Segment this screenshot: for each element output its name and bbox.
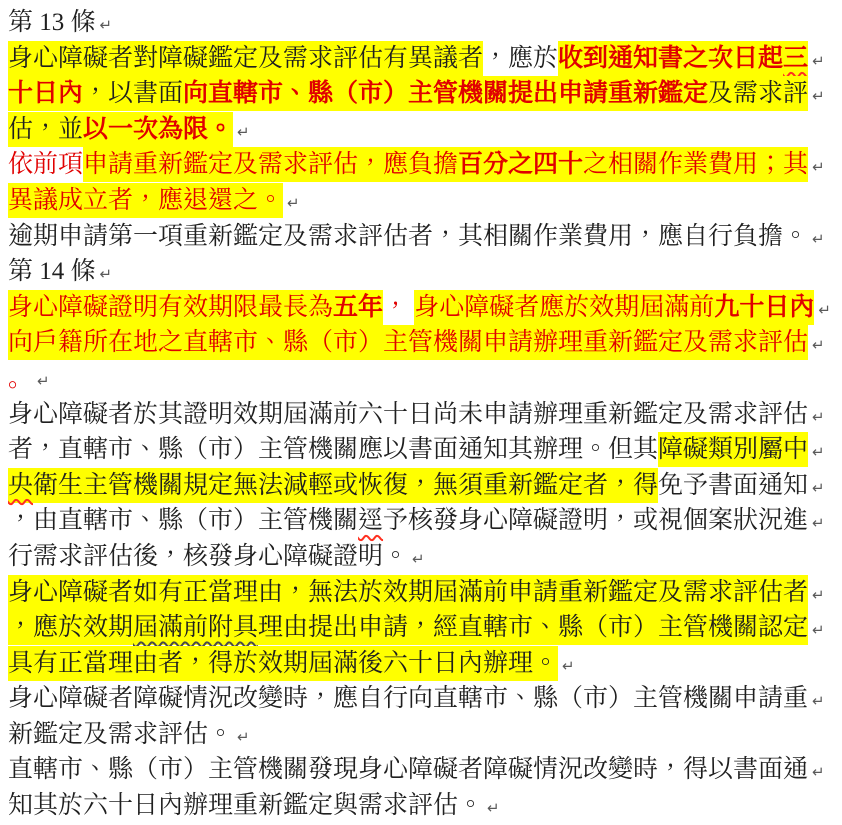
text-segment: 身心障礙者於其證明效期屆滿前六十日尚未申請辦理重新鑑定及需求評估	[8, 401, 808, 428]
text-line: 身心障礙者於其證明效期屆滿前六十日尚未申請辦理重新鑑定及需求評估↵	[8, 397, 836, 433]
text-segment: 之相關作業費用；其	[583, 147, 808, 182]
text-line: 具有正當理由者，得於效期屆滿後六十日內辦理。↵	[8, 646, 836, 682]
text-segment: ，由直轄市、縣（市）主管機關	[8, 507, 358, 534]
text-line: 十日內，以書面向直轄市、縣（市）主管機關提出申請重新鑑定及需求評↵	[8, 76, 836, 112]
text-segment: 理由提出申請，經直轄市、縣（市）主管機關認定	[258, 610, 808, 645]
text-segment: 五年	[333, 290, 383, 325]
text-segment: ，應於	[483, 45, 558, 72]
text-line: 異議成立者，應退還之。↵	[8, 183, 836, 219]
text-line: 依前項申請重新鑑定及需求評估，應負擔百分之四十之相關作業費用；其↵	[8, 147, 836, 183]
line-break-mark-icon: ↵	[233, 123, 250, 141]
text-segment: 直轄市、縣（市）主管機關發現身心障礙者障礙情況改變時，得以書面通	[8, 756, 808, 783]
document-page: 第 13 條↵身心障礙者對障礙鑑定及需求評估有異議者，應於收到通知書之次日起三↵…	[0, 0, 842, 825]
text-segment: 身心障礙者如有正當理由，無法於效期屆滿前申請重新鑑定及需求評估者	[8, 575, 808, 610]
text-segment: 九十日內	[714, 290, 814, 325]
line-break-mark-icon: ↵	[808, 158, 825, 176]
line-break-mark-icon: ↵	[808, 514, 825, 532]
line-break-mark-icon: ↵	[96, 265, 113, 283]
text-line: 身心障礙者障礙情況改變時，應自行向直轄市、縣（市）主管機關申請重↵	[8, 681, 836, 717]
text-segment: 者，直轄市、縣（市）主管機關應以書面通知其辦理。但其	[8, 436, 658, 463]
text-segment-spellcheck: 央	[8, 468, 33, 503]
text-segment: ，以書面	[83, 76, 183, 111]
line-break-mark-icon: ↵	[808, 443, 825, 461]
text-line: 新鑑定及需求評估。↵	[8, 717, 836, 753]
line-break-mark-icon: ↵	[33, 372, 50, 390]
text-segment: 身心障礙者應於效期屆滿前	[414, 290, 714, 325]
text-line: 直轄市、縣（市）主管機關發現身心障礙者障礙情況改變時，得以書面通↵	[8, 752, 836, 788]
line-break-mark-icon: ↵	[808, 621, 825, 639]
text-line: 知其於六十日內辦理重新鑑定與需求評估。↵	[8, 788, 836, 824]
text-segment: 收到通知書之次日起	[558, 41, 783, 76]
text-segment: ，	[383, 294, 408, 321]
text-segment: ，應於效期	[8, 610, 133, 645]
line-break-mark-icon: ↵	[808, 408, 825, 426]
text-segment-spellcheck: 逕	[358, 507, 383, 534]
text-segment: 第 13 條	[8, 9, 96, 36]
line-break-mark-icon: ↵	[808, 763, 825, 781]
text-segment: 向直轄市、縣（市）主管機關提出申請重新鑑定	[183, 76, 708, 111]
text-segment: 向戶籍所在地之直轄市、縣（市）主管機關申請辦理重新鑑定及需求評估	[8, 325, 808, 360]
text-segment-spellcheck: 三	[783, 41, 808, 76]
line-break-mark-icon: ↵	[808, 692, 825, 710]
text-segment: 異議成立者，應退還之。	[8, 183, 283, 218]
line-break-mark-icon: ↵	[808, 479, 825, 497]
text-segment: 行需求評估後，核發身心障礙證明。	[8, 543, 408, 570]
line-break-mark-icon: ↵	[808, 586, 825, 604]
text-segment: 。	[8, 365, 33, 392]
text-line: 身心障礙者對障礙鑑定及需求評估有異議者，應於收到通知書之次日起三↵	[8, 41, 836, 77]
text-line: 逾期申請第一項重新鑑定及需求評估者，其相關作業費用，應自行負擔。↵	[8, 219, 836, 255]
text-line: 身心障礙者如有正當理由，無法於效期屆滿前申請重新鑑定及需求評估者↵	[8, 575, 836, 611]
text-segment: 障礙類別屬中	[658, 432, 808, 467]
text-line: 向戶籍所在地之直轄市、縣（市）主管機關申請辦理重新鑑定及需求評估↵	[8, 325, 836, 361]
text-segment: 身心障礙證明有效期限最長為	[8, 290, 333, 325]
text-line: 行需求評估後，核發身心障礙證明。↵	[8, 539, 836, 575]
text-line: 央衛生主管機關規定無法減輕或恢復，無須重新鑑定者，得免予書面通知↵	[8, 468, 836, 504]
text-segment: 衛生主管機關規定無法減輕或恢復，無須重新鑑定者，得	[33, 468, 658, 503]
text-segment: 以一次為限。	[83, 112, 233, 147]
line-break-mark-icon: ↵	[233, 728, 250, 746]
text-segment: 免予書面通知	[658, 472, 808, 499]
line-break-mark-icon: ↵	[483, 799, 500, 817]
text-line: 者，直轄市、縣（市）主管機關應以書面通知其辦理。但其障礙類別屬中↵	[8, 432, 836, 468]
text-line: 。↵	[8, 361, 836, 397]
text-segment: 新鑑定及需求評估。	[8, 721, 233, 748]
line-break-mark-icon: ↵	[283, 194, 300, 212]
line-break-mark-icon: ↵	[808, 87, 825, 105]
text-segment: 估，並	[8, 112, 83, 147]
text-segment: 百分之四十	[458, 147, 583, 182]
text-segment: 第 14 條	[8, 258, 96, 285]
text-segment: 身心障礙者障礙情況改變時，應自行向直轄市、縣（市）主管機關申請重	[8, 685, 808, 712]
line-break-mark-icon: ↵	[96, 16, 113, 34]
text-line: 估，並以一次為限。↵	[8, 112, 836, 148]
text-line: 第 13 條↵	[8, 5, 836, 41]
line-break-mark-icon: ↵	[808, 336, 825, 354]
text-segment: 身心障礙者對障礙鑑定及需求評估有異議者	[8, 41, 483, 76]
line-break-mark-icon: ↵	[814, 301, 831, 319]
text-segment: 具有正當理由者，得於效期屆滿後六十日內辦理。	[8, 646, 558, 681]
text-segment: 申請重新鑑定及需求評估，應負擔	[83, 147, 458, 182]
text-line: 身心障礙證明有效期限最長為五年， 身心障礙者應於效期屆滿前九十日內↵	[8, 290, 836, 326]
line-break-mark-icon: ↵	[808, 230, 825, 248]
text-segment: 十日內	[8, 76, 83, 111]
text-line: ，應於效期屆滿前附具理由提出申請，經直轄市、縣（市）主管機關認定↵	[8, 610, 836, 646]
text-line: ，由直轄市、縣（市）主管機關逕予核發身心障礙證明，或視個案狀況進↵	[8, 503, 836, 539]
text-segment: 依前項	[8, 151, 83, 178]
line-break-mark-icon: ↵	[808, 52, 825, 70]
text-segment: 及需求評	[708, 76, 808, 111]
text-line: 第 14 條↵	[8, 254, 836, 290]
text-segment: 予核發身心障礙證明，或視個案狀況進	[383, 507, 808, 534]
line-break-mark-icon: ↵	[408, 550, 425, 568]
text-segment: 逾期申請第一項重新鑑定及需求評估者，其相關作業費用，應自行負擔。	[8, 223, 808, 250]
text-segment: 知其於六十日內辦理重新鑑定與需求評估。	[8, 792, 483, 819]
document-body: 第 13 條↵身心障礙者對障礙鑑定及需求評估有異議者，應於收到通知書之次日起三↵…	[8, 5, 836, 824]
text-segment-spellcheck: 屆滿前附具	[133, 610, 258, 645]
line-break-mark-icon: ↵	[558, 657, 575, 675]
